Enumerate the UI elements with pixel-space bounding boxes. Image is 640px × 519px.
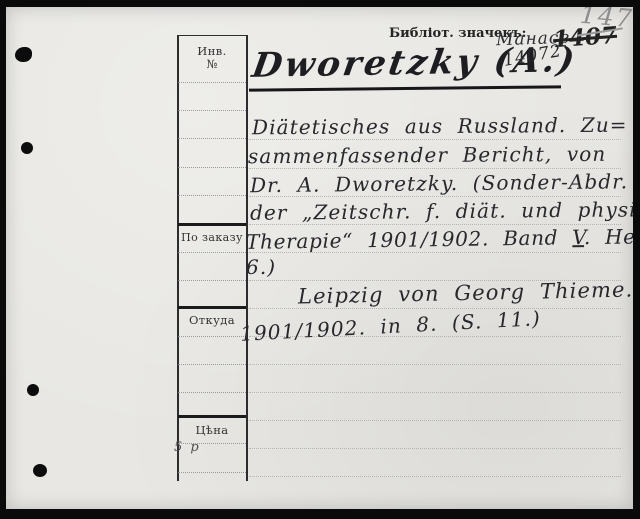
ruled-line [249,168,621,169]
column-label-inv: Инв. [178,44,246,58]
ruled-line [178,364,246,365]
ruled-line [249,392,621,393]
punch-hole [21,142,33,154]
body-line5-pre: Therapie“ 1901/1902. Band [246,225,573,254]
column-label-otkuda: Откуда [178,313,246,327]
ruled-line [249,364,621,365]
scan-border-bottom [0,509,640,519]
ink-blob [15,47,32,62]
column-label-inv-number-sign: № [178,57,246,71]
punch-hole [27,384,39,396]
catalog-card-scan: Библіот. значекъ: Манасе 1407 147 Dworet… [0,0,640,519]
ruled-line [249,139,621,140]
ruled-line [178,167,246,168]
body-line5-post: . Heft [584,224,640,249]
ruled-line [178,138,246,139]
column-label-po-zakazu: По заказу [178,231,246,244]
column-label-tsena: Цѣна [178,423,246,437]
body-line: 6.) [246,255,276,279]
ruled-line [178,110,246,111]
ruled-line [178,82,246,83]
ruled-line [178,336,246,337]
body-line: der „Zeitschr. f. diät. und physik. [250,197,640,225]
punch-hole [33,464,47,477]
ruled-line [249,476,621,477]
scan-border-left [0,0,6,519]
ruled-line [178,472,246,473]
ruled-line [178,415,246,418]
ruled-line [249,448,621,449]
scan-border-right [633,0,640,519]
ruled-line [178,223,246,226]
ruled-line [178,252,246,253]
body-line: Dr. A. Dworetzky. (Sonder-Abdr. aus [250,169,640,198]
body-line5-band-numeral: V [572,225,584,249]
ruled-line [178,280,246,281]
price-note-handwritten: 5 р [174,440,201,455]
body-line: sammenfassender Bericht, von [248,142,606,169]
body-line: Diätetisches aus Russland. Zu= [252,113,628,140]
ruled-line [178,392,246,393]
scan-border-top [0,0,640,7]
ruled-line [249,420,621,421]
ruled-line [178,195,246,196]
ruled-line [178,35,246,36]
ruled-line [178,306,246,309]
